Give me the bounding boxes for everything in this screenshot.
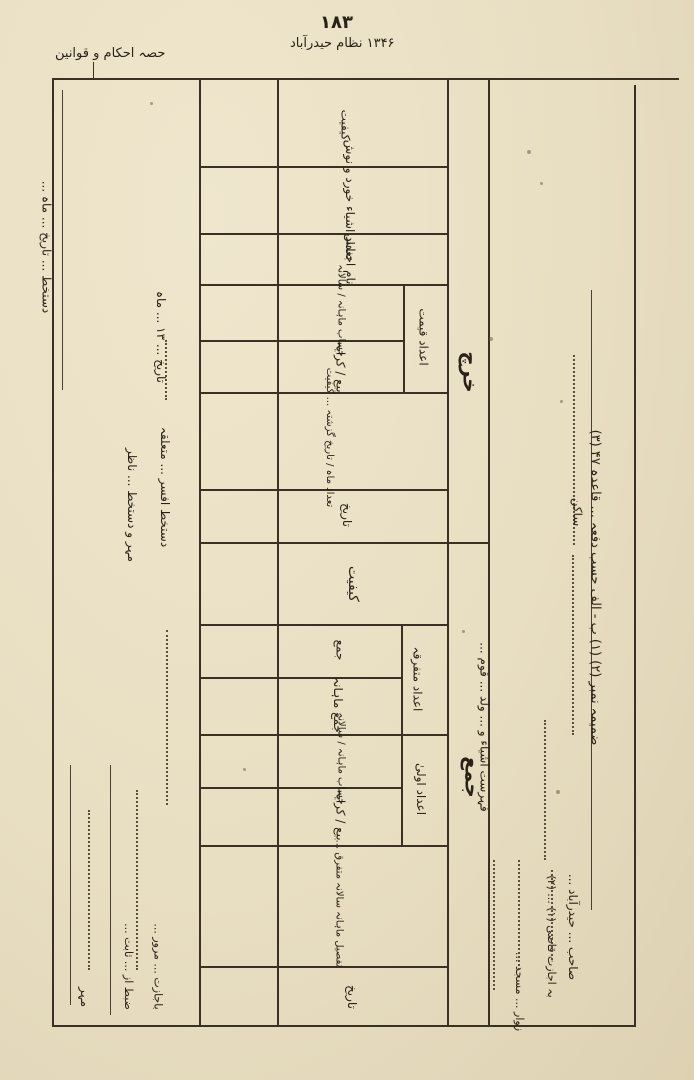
row-line-13 bbox=[199, 966, 447, 968]
col-misc-group: اعداد متفرقہ bbox=[410, 647, 424, 712]
col-remarks: کیفیت bbox=[338, 110, 352, 141]
group-divider-1 bbox=[403, 285, 405, 393]
footer-note-1: باجازت ... مرور ... bbox=[152, 923, 165, 1009]
paper-speck bbox=[540, 182, 543, 185]
footer-dots-4[interactable] bbox=[88, 810, 90, 970]
section-header-expense: خرچ bbox=[459, 351, 483, 392]
col-months-remarks: تعداد ماہ / تاریخ گزشتہ ... کیفیت bbox=[324, 368, 335, 507]
top-rule bbox=[52, 78, 679, 80]
frame-bottom bbox=[52, 1025, 636, 1027]
table-col-header bbox=[488, 80, 490, 1026]
field-line-br-2[interactable] bbox=[518, 860, 520, 970]
footer-rule-2 bbox=[110, 765, 111, 1015]
field-line-caste[interactable] bbox=[544, 720, 546, 860]
col-misc-sub-1: جمع bbox=[333, 640, 347, 661]
bottom-right-line-1: صاحب ... حیدرآباد ... bbox=[566, 874, 580, 980]
field-line-br-3[interactable] bbox=[493, 860, 495, 990]
paper-speck bbox=[243, 768, 246, 771]
footer-rule-left bbox=[62, 90, 63, 390]
table-col-left bbox=[199, 80, 201, 1026]
footer-dots-1[interactable] bbox=[165, 340, 167, 400]
footer-dots-3[interactable] bbox=[136, 790, 138, 970]
footer-rule-3 bbox=[70, 765, 71, 1005]
col-date-expense: تاریخ bbox=[340, 503, 354, 527]
col-price-sub-2: بیع / کرایہ bbox=[334, 341, 348, 392]
form-subtitle: فہرست اشیاء و ... ولد ... قوم ... bbox=[478, 642, 492, 811]
col-price-group: اعداد قیمت bbox=[417, 308, 431, 365]
row-line-3 bbox=[199, 284, 447, 286]
page-number: ۱۸۳ bbox=[320, 12, 353, 33]
row-line-7 bbox=[199, 542, 488, 544]
paper-speck bbox=[556, 790, 560, 794]
row-line-10 bbox=[199, 734, 447, 736]
col-first-sub-2: بیع / کرایہ bbox=[334, 789, 348, 840]
running-head-left: حصہ احکام و قوانین bbox=[55, 46, 165, 61]
running-head-center: ۱۳۴۶ نظام حیدرآباد bbox=[290, 36, 395, 51]
paper-speck bbox=[527, 150, 531, 154]
col-remarks-total: کیفیت bbox=[345, 566, 361, 602]
table-col-3 bbox=[447, 80, 449, 1026]
row-line-9 bbox=[199, 677, 401, 679]
field-label-residence: ساکن bbox=[570, 498, 584, 527]
col-detail-total: تفصیل ماہانہ سالانہ متفرق ... bbox=[333, 840, 344, 968]
footer-dots-2[interactable] bbox=[166, 630, 168, 805]
row-line-2 bbox=[199, 233, 447, 235]
col-date-total: تاریخ bbox=[345, 985, 359, 1009]
paper-speck bbox=[462, 630, 465, 633]
row-line-6 bbox=[199, 489, 447, 491]
footer-signature-1: دستخط افسر ... متعلقہ bbox=[158, 427, 172, 547]
row-line-4 bbox=[199, 340, 403, 342]
table-col-2 bbox=[277, 80, 279, 1026]
row-line-8 bbox=[199, 624, 447, 626]
col-first-group: اعداد اولیٰ bbox=[414, 763, 428, 815]
field-line-br-1[interactable] bbox=[551, 870, 553, 960]
paper-speck bbox=[489, 337, 493, 341]
paper-speck bbox=[150, 102, 153, 105]
leader-line bbox=[93, 62, 94, 79]
footer-line-1: دستخط ... تاریخ ... ماہ ... bbox=[39, 181, 53, 314]
footer-line-2: مہر و دستخط ... ناظر bbox=[125, 448, 139, 562]
footer-seal: مہر bbox=[78, 987, 92, 1007]
form-title: ضمیمہ نمبر (۲) (۱) ب - الف حسب دفعہ ... … bbox=[588, 373, 603, 803]
footer-note-2: ضبط از ... ثابت ... bbox=[122, 923, 135, 1010]
paper-speck bbox=[560, 400, 563, 403]
row-line-12 bbox=[199, 845, 447, 847]
row-line-1 bbox=[199, 166, 447, 168]
field-line-father[interactable] bbox=[572, 555, 574, 735]
frame-right bbox=[634, 85, 636, 1026]
row-line-5 bbox=[199, 392, 447, 394]
row-line-11 bbox=[199, 787, 401, 789]
